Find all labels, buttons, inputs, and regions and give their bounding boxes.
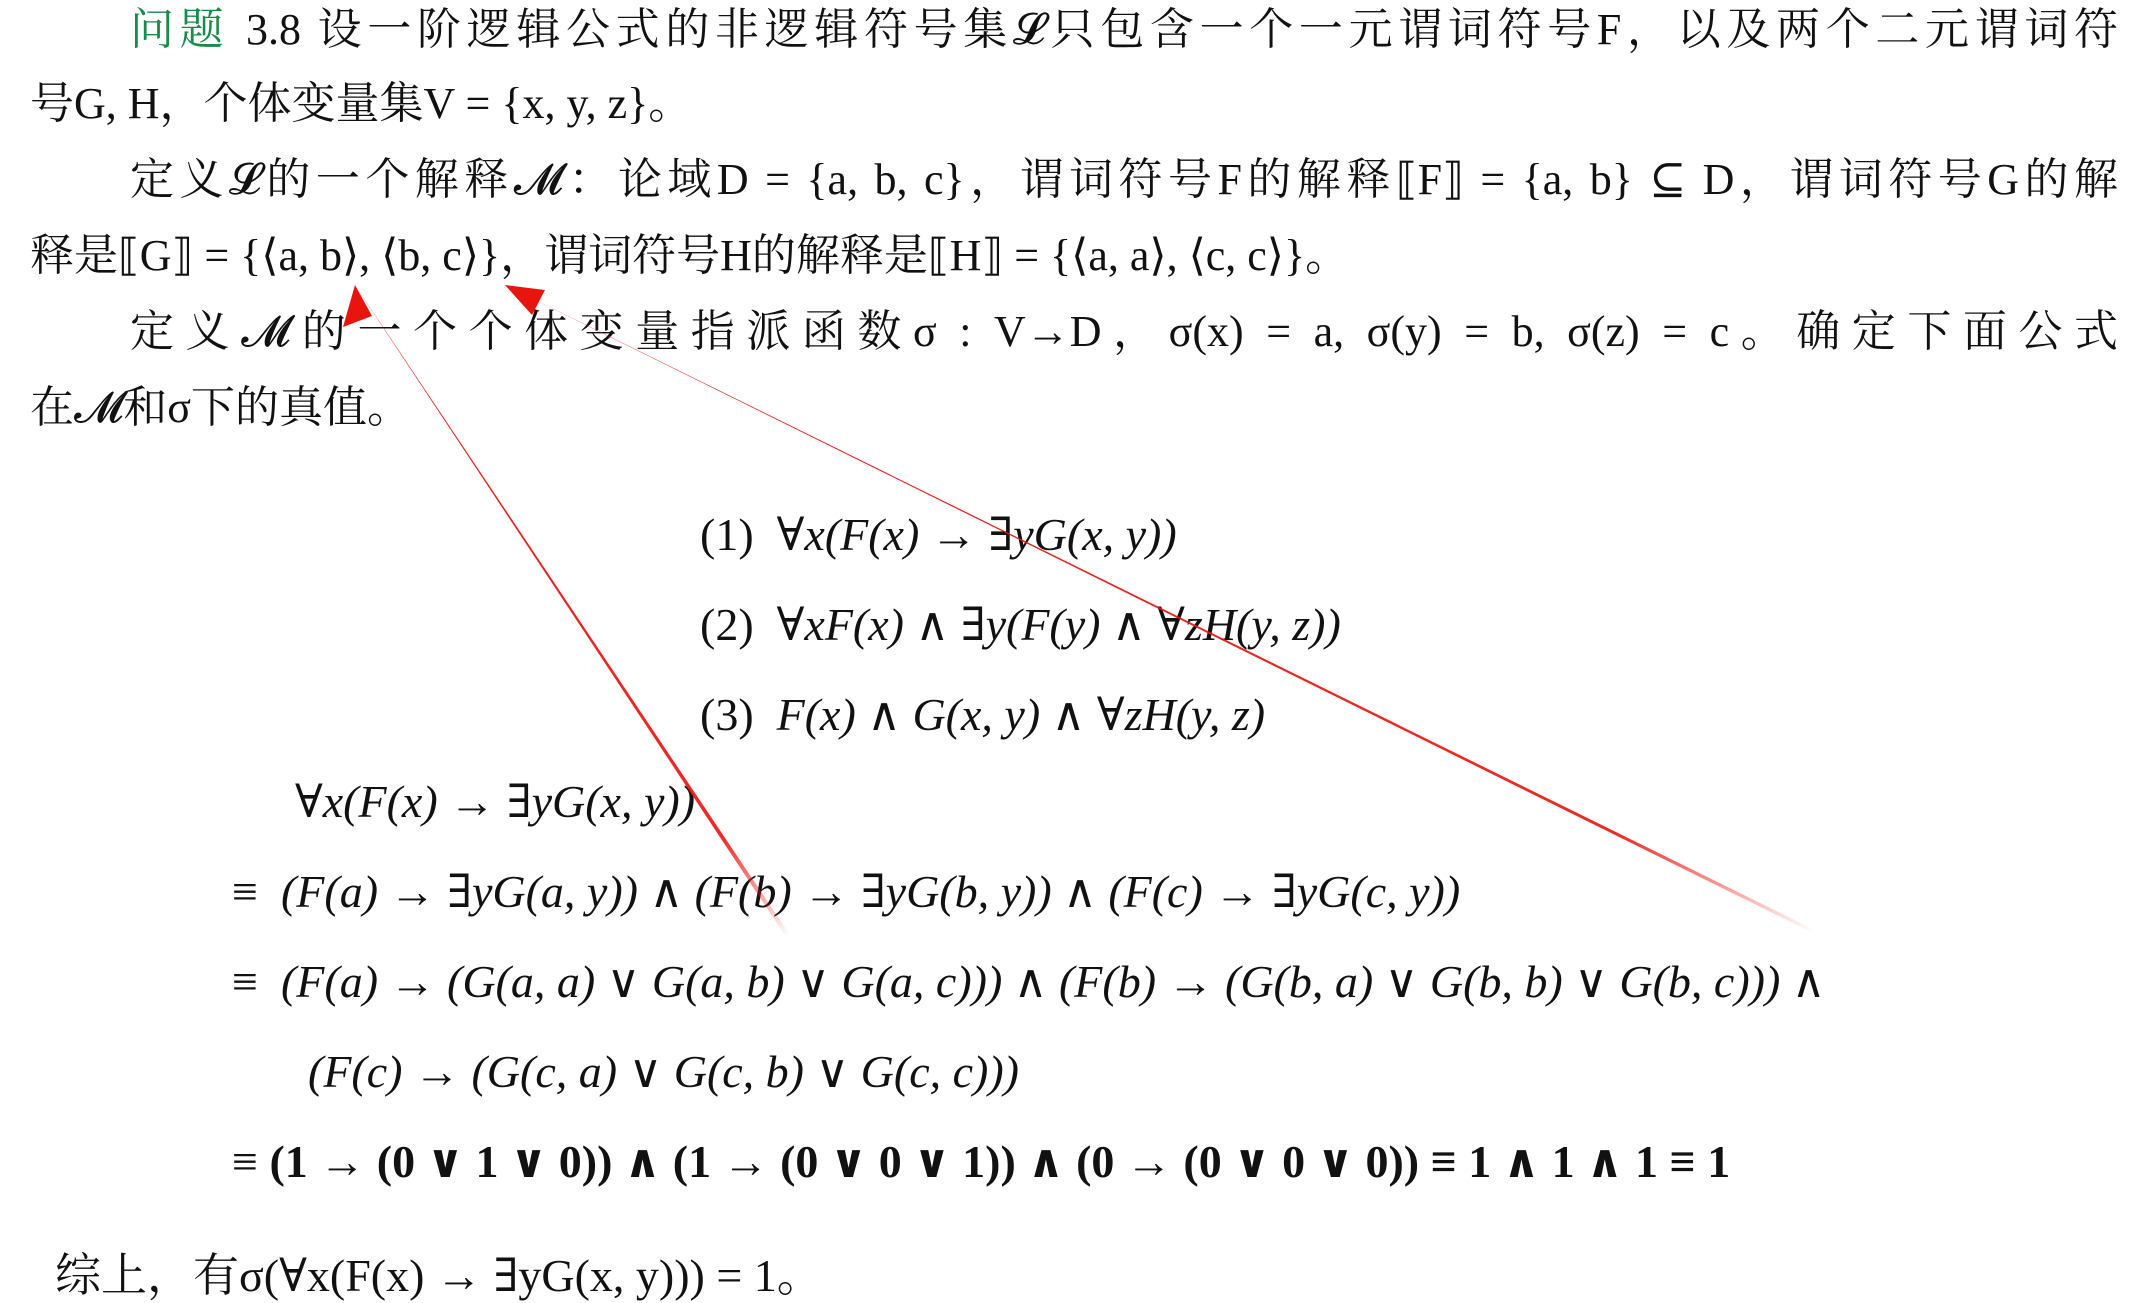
formula-index: (1) (700, 509, 754, 560)
interpretation-text-line2: 释是⟦G⟧ = {⟨a, b⟩, ⟨b, c⟩}，谓词符号H的解释是⟦H⟧ = … (30, 231, 1349, 280)
formula-text: F(x) ∧ G(x, y) ∧ ∀zH(y, z) (777, 689, 1265, 740)
assignment-text-line2: 在𝓜和σ下的真值。 (30, 383, 411, 432)
equiv-symbol: ≡ (232, 1136, 258, 1187)
derivation-start-text: ∀x(F(x) → ∃yG(x, y)) (295, 776, 695, 827)
problem-text-line1: 设一阶逻辑公式的非逻辑符号集𝓛只包含一个一元谓词符号F，以及两个二元谓词符 (318, 5, 2118, 54)
problem-line-2: 号G, H，个体变量集V = {x, y, z}。 (30, 76, 692, 132)
interpretation-text-line1: 定义𝓛的一个解释𝓜：论域D = {a, b, c}，谓词符号F的解释⟦F⟧ = … (130, 152, 2118, 208)
derivation-step-2: ≡ (F(a) → (G(a, a) ∨ G(a, b) ∨ G(a, c)))… (232, 952, 1825, 1012)
interpretation-line-2: 释是⟦G⟧ = {⟨a, b⟩, ⟨b, c⟩}，谓词符号H的解释是⟦H⟧ = … (30, 228, 1349, 284)
formula-3: (3) F(x) ∧ G(x, y) ∧ ∀zH(y, z) (700, 685, 1265, 745)
formula-1: (1) ∀x(F(x) → ∃yG(x, y)) (700, 505, 1177, 565)
equiv-symbol: ≡ (232, 866, 258, 917)
assignment-line-2: 在𝓜和σ下的真值。 (30, 380, 411, 436)
derivation-start: ∀x(F(x) → ∃yG(x, y)) (295, 772, 695, 832)
derivation-step-1: ≡ (F(a) → ∃yG(a, y)) ∧ (F(b) → ∃yG(b, y)… (232, 862, 1460, 922)
formula-text: ∀x(F(x) → ∃yG(x, y)) (777, 509, 1177, 560)
problem-label: 问题 (130, 4, 229, 55)
assignment-line-1: 定义𝓜的一个个体变量指派函数σ : V→D，σ(x) = a, σ(y) = b… (130, 304, 2118, 360)
derivation-step-3: (F(c) → (G(c, a) ∨ G(c, b) ∨ G(c, c))) (308, 1042, 1019, 1102)
interpretation-line-1: 定义𝓛的一个解释𝓜：论域D = {a, b, c}，谓词符号F的解释⟦F⟧ = … (130, 152, 2118, 208)
problem-text-line2: 号G, H，个体变量集V = {x, y, z}。 (30, 79, 692, 128)
equiv-symbol: ≡ (232, 956, 258, 1007)
formula-2: (2) ∀xF(x) ∧ ∃y(F(y) ∧ ∀zH(y, z)) (700, 595, 1341, 655)
step-text: (F(a) → ∃yG(a, y)) ∧ (F(b) → ∃yG(b, y)) … (281, 866, 1460, 917)
conclusion: 综上，有σ(∀x(F(x) → ∃yG(x, y))) = 1。 (55, 1248, 823, 1303)
formula-index: (3) (700, 689, 754, 740)
derivation-step-4: ≡ (1 → (0 ∨ 1 ∨ 0)) ∧ (1 → (0 ∨ 0 ∨ 1)) … (232, 1132, 1730, 1192)
assignment-text-line1: 定义𝓜的一个个体变量指派函数σ : V→D，σ(x) = a, σ(y) = b… (130, 304, 2118, 360)
step-text: (1 → (0 ∨ 1 ∨ 0)) ∧ (1 → (0 ∨ 0 ∨ 1)) ∧ … (269, 1136, 1730, 1187)
step-text: (F(a) → (G(a, a) ∨ G(a, b) ∨ G(a, c))) ∧… (281, 956, 1826, 1007)
problem-number: 3.8 (246, 5, 301, 54)
conclusion-text: 综上，有σ(∀x(F(x) → ∃yG(x, y))) = 1。 (55, 1250, 823, 1301)
formula-text: ∀xF(x) ∧ ∃y(F(y) ∧ ∀zH(y, z)) (777, 599, 1341, 650)
problem-line-1: 问题 3.8 设一阶逻辑公式的非逻辑符号集𝓛只包含一个一元谓词符号F，以及两个二… (130, 2, 2118, 58)
formula-index: (2) (700, 599, 754, 650)
step-text: (F(c) → (G(c, a) ∨ G(c, b) ∨ G(c, c))) (308, 1046, 1019, 1097)
